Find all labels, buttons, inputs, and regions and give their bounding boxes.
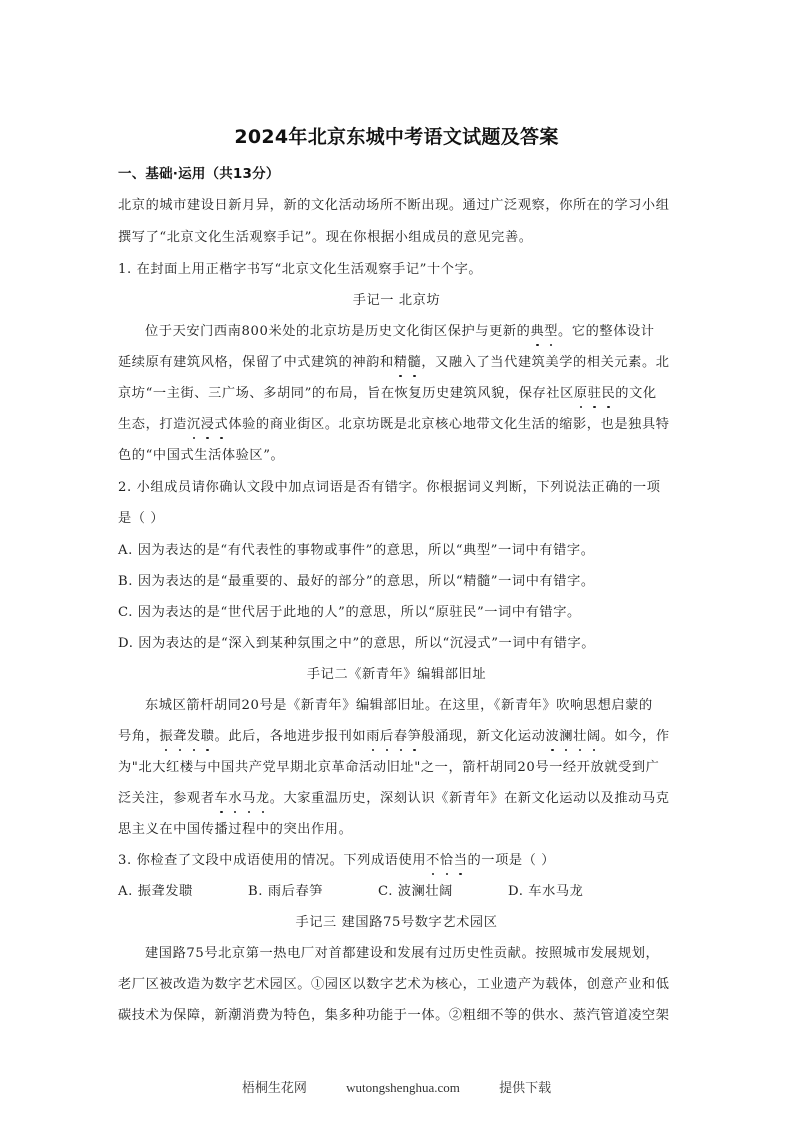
question-3-option-d: D. 车水马龙 [508,882,583,902]
emphasis-char: 龙 [256,789,270,809]
question-2-stem-line-2: 是（ ） [118,509,678,529]
note3-heading: 手记三 建国路75号数字艺术园区 [0,913,793,933]
text: ，又融入了当代建筑美学的相关元素。北 [421,355,669,370]
text: 。它的整体设计 [558,324,655,339]
emphasis-char: 水 [228,789,242,809]
emphasis-char: 澜 [559,727,573,747]
note3-paragraph-line-1: 建国路75号北京第一热电厂对首都建设和发展有过历史性贡献。按照城市发展规划， [145,944,705,964]
footer-note: 提供下载 [499,1077,551,1096]
text: 位于天安门西南800米处的北京坊是历史文化街区保护与更新的 [145,324,530,339]
emphasis-char: 型 [544,322,558,342]
emphasis-char: 浸 [201,415,215,435]
intro-line-2: 撰写了“北京文化生活观察手记”。现在你根据小组成员的意见完善。 [118,228,678,248]
page-footer: 梧桐生花网 wutongshenghua.com 提供下载 [0,1077,793,1096]
page-title: 2024年北京东城中考语文试题及答案 [0,122,793,149]
note3-paragraph-line-2: 老厂区被改造为数字艺术园区。①园区以数字艺术为核心，工业遗产为载体，创意产业和低 [118,975,678,995]
emphasis-char: 发 [187,727,201,747]
text: 的一项是（ ） [468,853,556,868]
emphasis-char: 民 [601,384,615,404]
text: 延续原有建筑风格，保留了中式建筑的神韵和 [118,355,394,370]
emphasis-char: 波 [546,727,560,747]
footer-site-url[interactable]: wutongshenghua.com [346,1080,460,1096]
emphasis-char: 振 [159,727,173,747]
note1-paragraph-line-5: 色的“中国式生活体验区”。 [118,446,678,466]
emphasis-char: 阔 [587,727,601,747]
note1-paragraph-line-1: 位于天安门西南800米处的北京坊是历史文化街区保护与更新的典型。它的整体设计 [145,322,705,342]
emphasis-char: 笋 [408,727,422,747]
emphasis-char: 后 [380,727,394,747]
question-2-option-c: C. 因为表达的是“世代居于此地的人”的意思，所以“原驻民”一词中有错字。 [118,603,678,623]
question-3-stem: 3. 你检查了文段中成语使用的情况。下列成语使用不恰当的一项是（ ） [118,851,678,871]
emphasis-char: 聋 [173,727,187,747]
emphasis-char: 马 [242,789,256,809]
emphasis-char: 雨 [366,727,380,747]
note1-heading: 手记一 北京坊 [0,291,793,311]
question-2-option-a: A. 因为表达的是“有代表性的事物或事件”的意思，所以“典型”一词中有错字。 [118,541,678,561]
text: 般涌现，新文化运动 [421,729,545,744]
emphasis-char: 沉 [187,415,201,435]
question-3-option-c: C. 波澜壮阔 [378,882,453,902]
note1-paragraph-line-4: 生态，打造沉浸式体验的商业街区。北京坊既是北京核心地带文化生活的缩影，也是独具特 [118,415,678,435]
emphasis-char: 式 [215,415,229,435]
question-2-option-b: B. 因为表达的是“最重要的、最好的部分”的意思，所以“精髓”一词中有错字。 [118,572,678,592]
note2-heading: 手记二《新青年》编辑部旧址 [0,665,793,685]
text: 京坊“一主街、三广场、多胡同”的布局，旨在恢复历史建筑风貌，保存社区 [118,386,574,401]
text: 生态，打造 [118,417,187,432]
text: 。如今，作 [601,729,670,744]
emphasis-char: 精 [394,353,408,373]
emphasis-char: 当 [454,851,468,871]
text: 号角， [118,729,159,744]
question-2-option-d: D. 因为表达的是“深入到某种氛围之中”的意思，所以“沉浸式”一词中有错字。 [118,634,678,654]
question-2-stem-line-1: 2. 小组成员请你确认文段中加点词语是否有错字。你根据词义判断，下列说法正确的一… [118,478,678,498]
emphasis-char: 恰 [440,851,454,871]
question-1: 1. 在封面上用正楷字书写“北京文化生活观察手记”十个字。 [118,260,678,280]
text: 的文化 [615,386,656,401]
text: 泛关注，参观者 [118,791,215,806]
emphasis-char: 原 [574,384,588,404]
section-heading: 一、基础·运用（共13分） [118,164,678,184]
text: 3. 你检查了文段中成语使用的情况。下列成语使用 [118,853,426,868]
note1-paragraph-line-3: 京坊“一主街、三广场、多胡同”的布局，旨在恢复历史建筑风貌，保存社区原驻民的文化 [118,384,678,404]
emphasis-char: 不 [426,851,440,871]
text: 。大家重温历史，深刻认识《新青年》在新文化运动以及推动马克 [270,791,670,806]
footer-site-name: 梧桐生花网 [242,1077,307,1096]
emphasis-char: 驻 [588,384,602,404]
intro-line-1: 北京的城市建设日新月异，新的文化活动场所不断出现。通过广泛观察，你所在的学习小组 [118,196,678,216]
note3-paragraph-line-3: 碳技术为保障，新潮消费为特色，集多种功能于一体。②粗细不等的供水、蒸汽管道凌空架 [118,1006,678,1026]
emphasis-char: 春 [394,727,408,747]
note2-paragraph-line-4: 泛关注，参观者车水马龙。大家重温历史，深刻认识《新青年》在新文化运动以及推动马克 [118,789,678,809]
question-3-option-a: A. 振聋发聩 [118,882,193,902]
text: 。此后，各地进步报刊如 [215,729,367,744]
note2-paragraph-line-5: 思主义在中国传播过程中的突出作用。 [118,820,678,840]
text: 体验的商业街区。北京坊既是北京核心地带文化生活的缩影，也是独具特 [228,417,669,432]
emphasis-char: 壮 [573,727,587,747]
emphasis-char: 聩 [201,727,215,747]
note2-paragraph-line-1: 东城区箭杆胡同20号是《新青年》编辑部旧址。在这里，《新青年》吹响思想启蒙的 [145,696,705,716]
note2-paragraph-line-3: 为"北大红楼与中国共产党早期北京革命活动旧址"之一，箭杆胡同20号一经开放就受到… [118,758,678,778]
emphasis-char: 典 [530,322,544,342]
document-page: 2024年北京东城中考语文试题及答案 一、基础·运用（共13分） 北京的城市建设… [0,0,793,1122]
note2-paragraph-line-2: 号角，振聋发聩。此后，各地进步报刊如雨后春笋般涌现，新文化运动波澜壮阔。如今，作 [118,727,678,747]
emphasis-char: 髓 [408,353,422,373]
question-3-option-b: B. 雨后春笋 [248,882,323,902]
note1-paragraph-line-2: 延续原有建筑风格，保留了中式建筑的神韵和精髓，又融入了当代建筑美学的相关元素。北 [118,353,678,373]
emphasis-char: 车 [215,789,229,809]
